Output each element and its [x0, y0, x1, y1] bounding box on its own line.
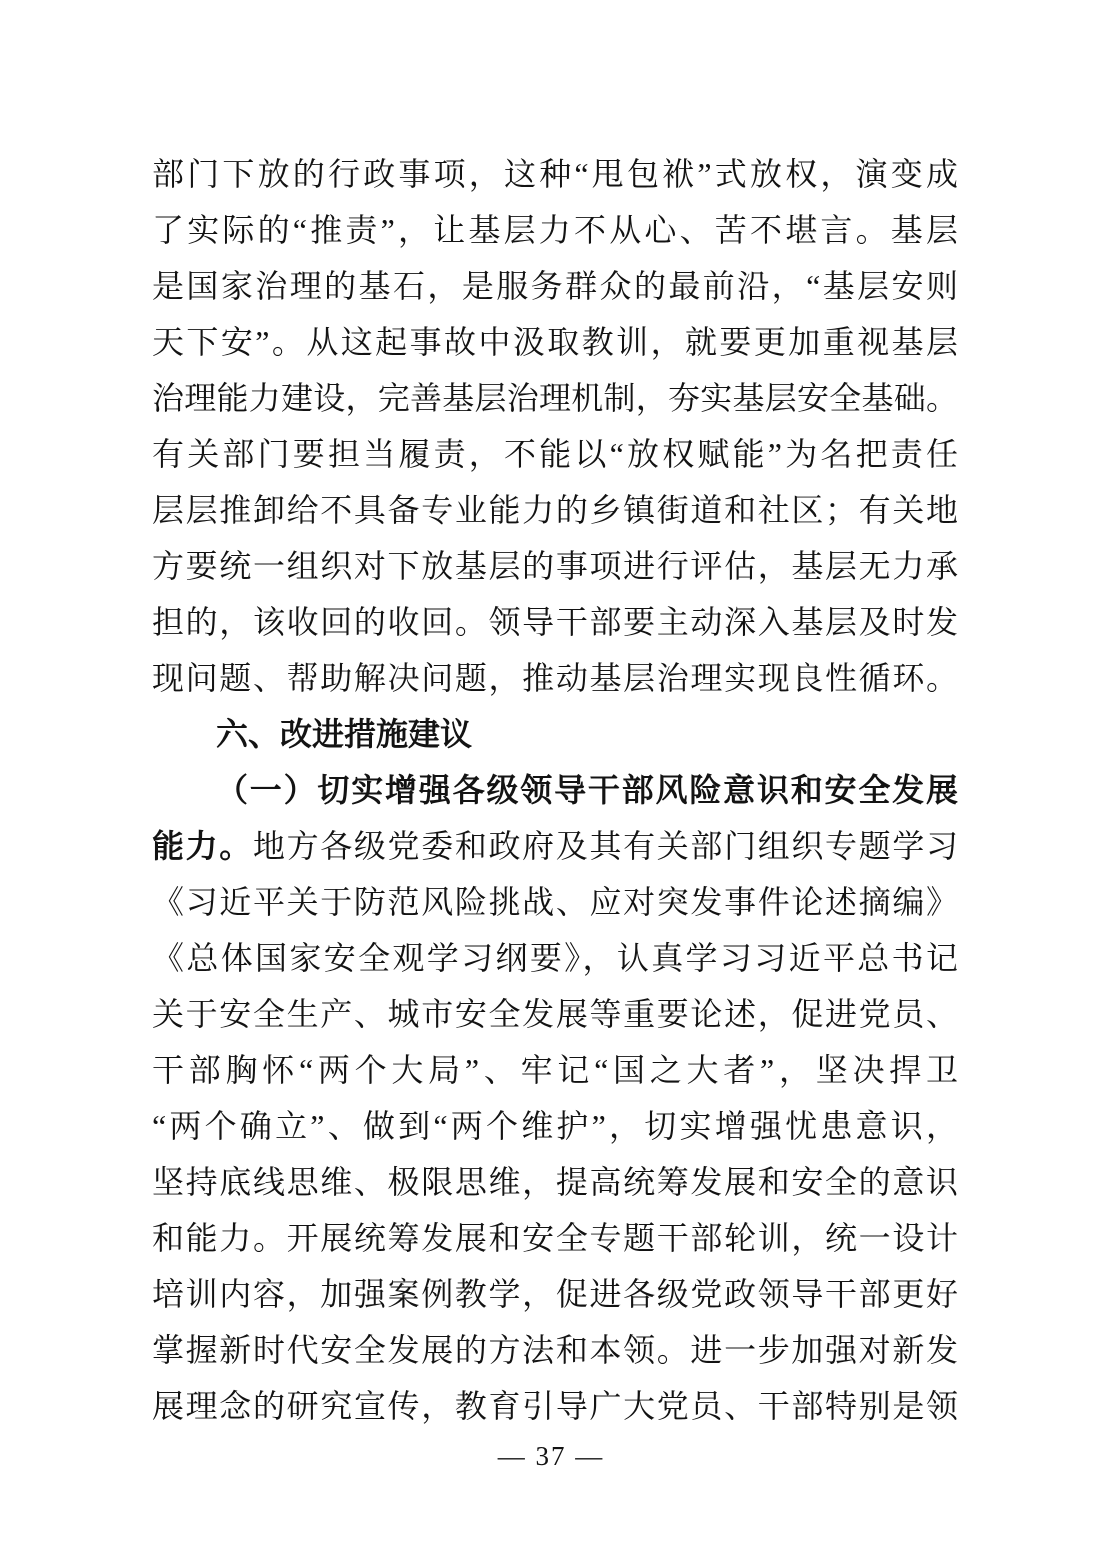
text-line: 层层推卸给不具备专业能力的乡镇街道和社区；有关地: [152, 482, 958, 538]
section-heading: 六、改进措施建议: [152, 706, 958, 762]
text-line: 干部胸怀“两个大局”、牢记“国之大者”，坚决捍卫: [152, 1042, 958, 1098]
text-line: 了实际的“推责”，让基层力不从心、苦不堪言。基层: [152, 202, 958, 258]
text-line: 是国家治理的基石，是服务群众的最前沿，“基层安则: [152, 258, 958, 314]
text-line: 《习近平关于防范风险挑战、应对突发事件论述摘编》: [152, 874, 958, 930]
text-line: 有关部门要担当履责，不能以“放权赋能”为名把责任: [152, 426, 958, 482]
text-line: 和能力。开展统筹发展和安全专题干部轮训，统一设计: [152, 1210, 958, 1266]
text-segment: 地方各级党委和政府及其有关部门组织专题学习: [253, 828, 958, 864]
text-line: 担的，该收回的收回。领导干部要主动深入基层及时发: [152, 594, 958, 650]
text-segment: 了实际的“推责”，让基层力不从心、苦不堪言。基层: [152, 212, 958, 248]
text-line: 《总体国家安全观学习纲要》，认真学习习近平总书记: [152, 930, 958, 986]
text-segment: 坚持底线思维、极限思维，提高统筹发展和安全的意识: [152, 1164, 958, 1200]
text-segment: 掌握新时代安全发展的方法和本领。进一步加强对新发: [152, 1332, 958, 1368]
text-segment: （一）切实增强各级领导干部风险意识和安全发展: [216, 772, 958, 808]
text-segment: 《总体国家安全观学习纲要》，认真学习习近平总书记: [152, 940, 958, 976]
text-segment: 培训内容，加强案例教学，促进各级党政领导干部更好: [152, 1276, 958, 1312]
text-line: “两个确立”、做到“两个维护”，切实增强忧患意识，: [152, 1098, 958, 1154]
text-segment: 有关部门要担当履责，不能以“放权赋能”为名把责任: [152, 436, 958, 472]
text-line: 掌握新时代安全发展的方法和本领。进一步加强对新发: [152, 1322, 958, 1378]
text-line: 培训内容，加强案例教学，促进各级党政领导干部更好: [152, 1266, 958, 1322]
text-segment: 和能力。开展统筹发展和安全专题干部轮训，统一设计: [152, 1220, 958, 1256]
text-line: 坚持底线思维、极限思维，提高统筹发展和安全的意识: [152, 1154, 958, 1210]
text-line: 治理能力建设，完善基层治理机制，夯实基层安全基础。: [152, 370, 958, 426]
text-line: 现问题、帮助解决问题，推动基层治理实现良性循环。: [152, 650, 958, 706]
text-segment: 展理念的研究宣传，教育引导广大党员、干部特别是领: [152, 1388, 958, 1424]
page-number: — 37 —: [498, 1441, 605, 1471]
page-footer: — 37 —: [0, 1436, 1102, 1476]
text-segment: 关于安全生产、城市安全发展等重要论述，促进党员、: [152, 996, 958, 1032]
text-line: 部门下放的行政事项，这种“甩包袱”式放权，演变成: [152, 146, 958, 202]
text-line: 展理念的研究宣传，教育引导广大党员、干部特别是领: [152, 1378, 958, 1434]
text-line: 方要统一组织对下放基层的事项进行评估，基层无力承: [152, 538, 958, 594]
text-segment: 六、改进措施建议: [216, 716, 472, 752]
text-segment: “两个确立”、做到“两个维护”，切实增强忧患意识，: [152, 1108, 958, 1144]
document-page: 部门下放的行政事项，这种“甩包袱”式放权，演变成了实际的“推责”，让基层力不从心…: [0, 0, 1102, 1559]
text-line: 天下安”。从这起事故中汲取教训，就要更加重视基层: [152, 314, 958, 370]
text-segment: 是国家治理的基石，是服务群众的最前沿，“基层安则: [152, 268, 958, 304]
text-segment: 天下安”。从这起事故中汲取教训，就要更加重视基层: [152, 324, 958, 360]
text-line: 关于安全生产、城市安全发展等重要论述，促进党员、: [152, 986, 958, 1042]
text-segment: 干部胸怀“两个大局”、牢记“国之大者”，坚决捍卫: [152, 1052, 958, 1088]
text-segment: 能力。: [152, 828, 253, 864]
text-segment: 方要统一组织对下放基层的事项进行评估，基层无力承: [152, 548, 958, 584]
text-segment: 担的，该收回的收回。领导干部要主动深入基层及时发: [152, 604, 958, 640]
subsection-heading: （一）切实增强各级领导干部风险意识和安全发展: [152, 762, 958, 818]
text-segment: 治理能力建设，完善基层治理机制，夯实基层安全基础。: [152, 380, 958, 416]
text-segment: 层层推卸给不具备专业能力的乡镇街道和社区；有关地: [152, 492, 958, 528]
text-segment: 《习近平关于防范风险挑战、应对突发事件论述摘编》: [152, 884, 958, 920]
text-segment: 现问题、帮助解决问题，推动基层治理实现良性循环。: [152, 660, 958, 696]
text-segment: 部门下放的行政事项，这种“甩包袱”式放权，演变成: [152, 156, 958, 192]
document-body: 部门下放的行政事项，这种“甩包袱”式放权，演变成了实际的“推责”，让基层力不从心…: [152, 146, 958, 1434]
text-line: 能力。地方各级党委和政府及其有关部门组织专题学习: [152, 818, 958, 874]
